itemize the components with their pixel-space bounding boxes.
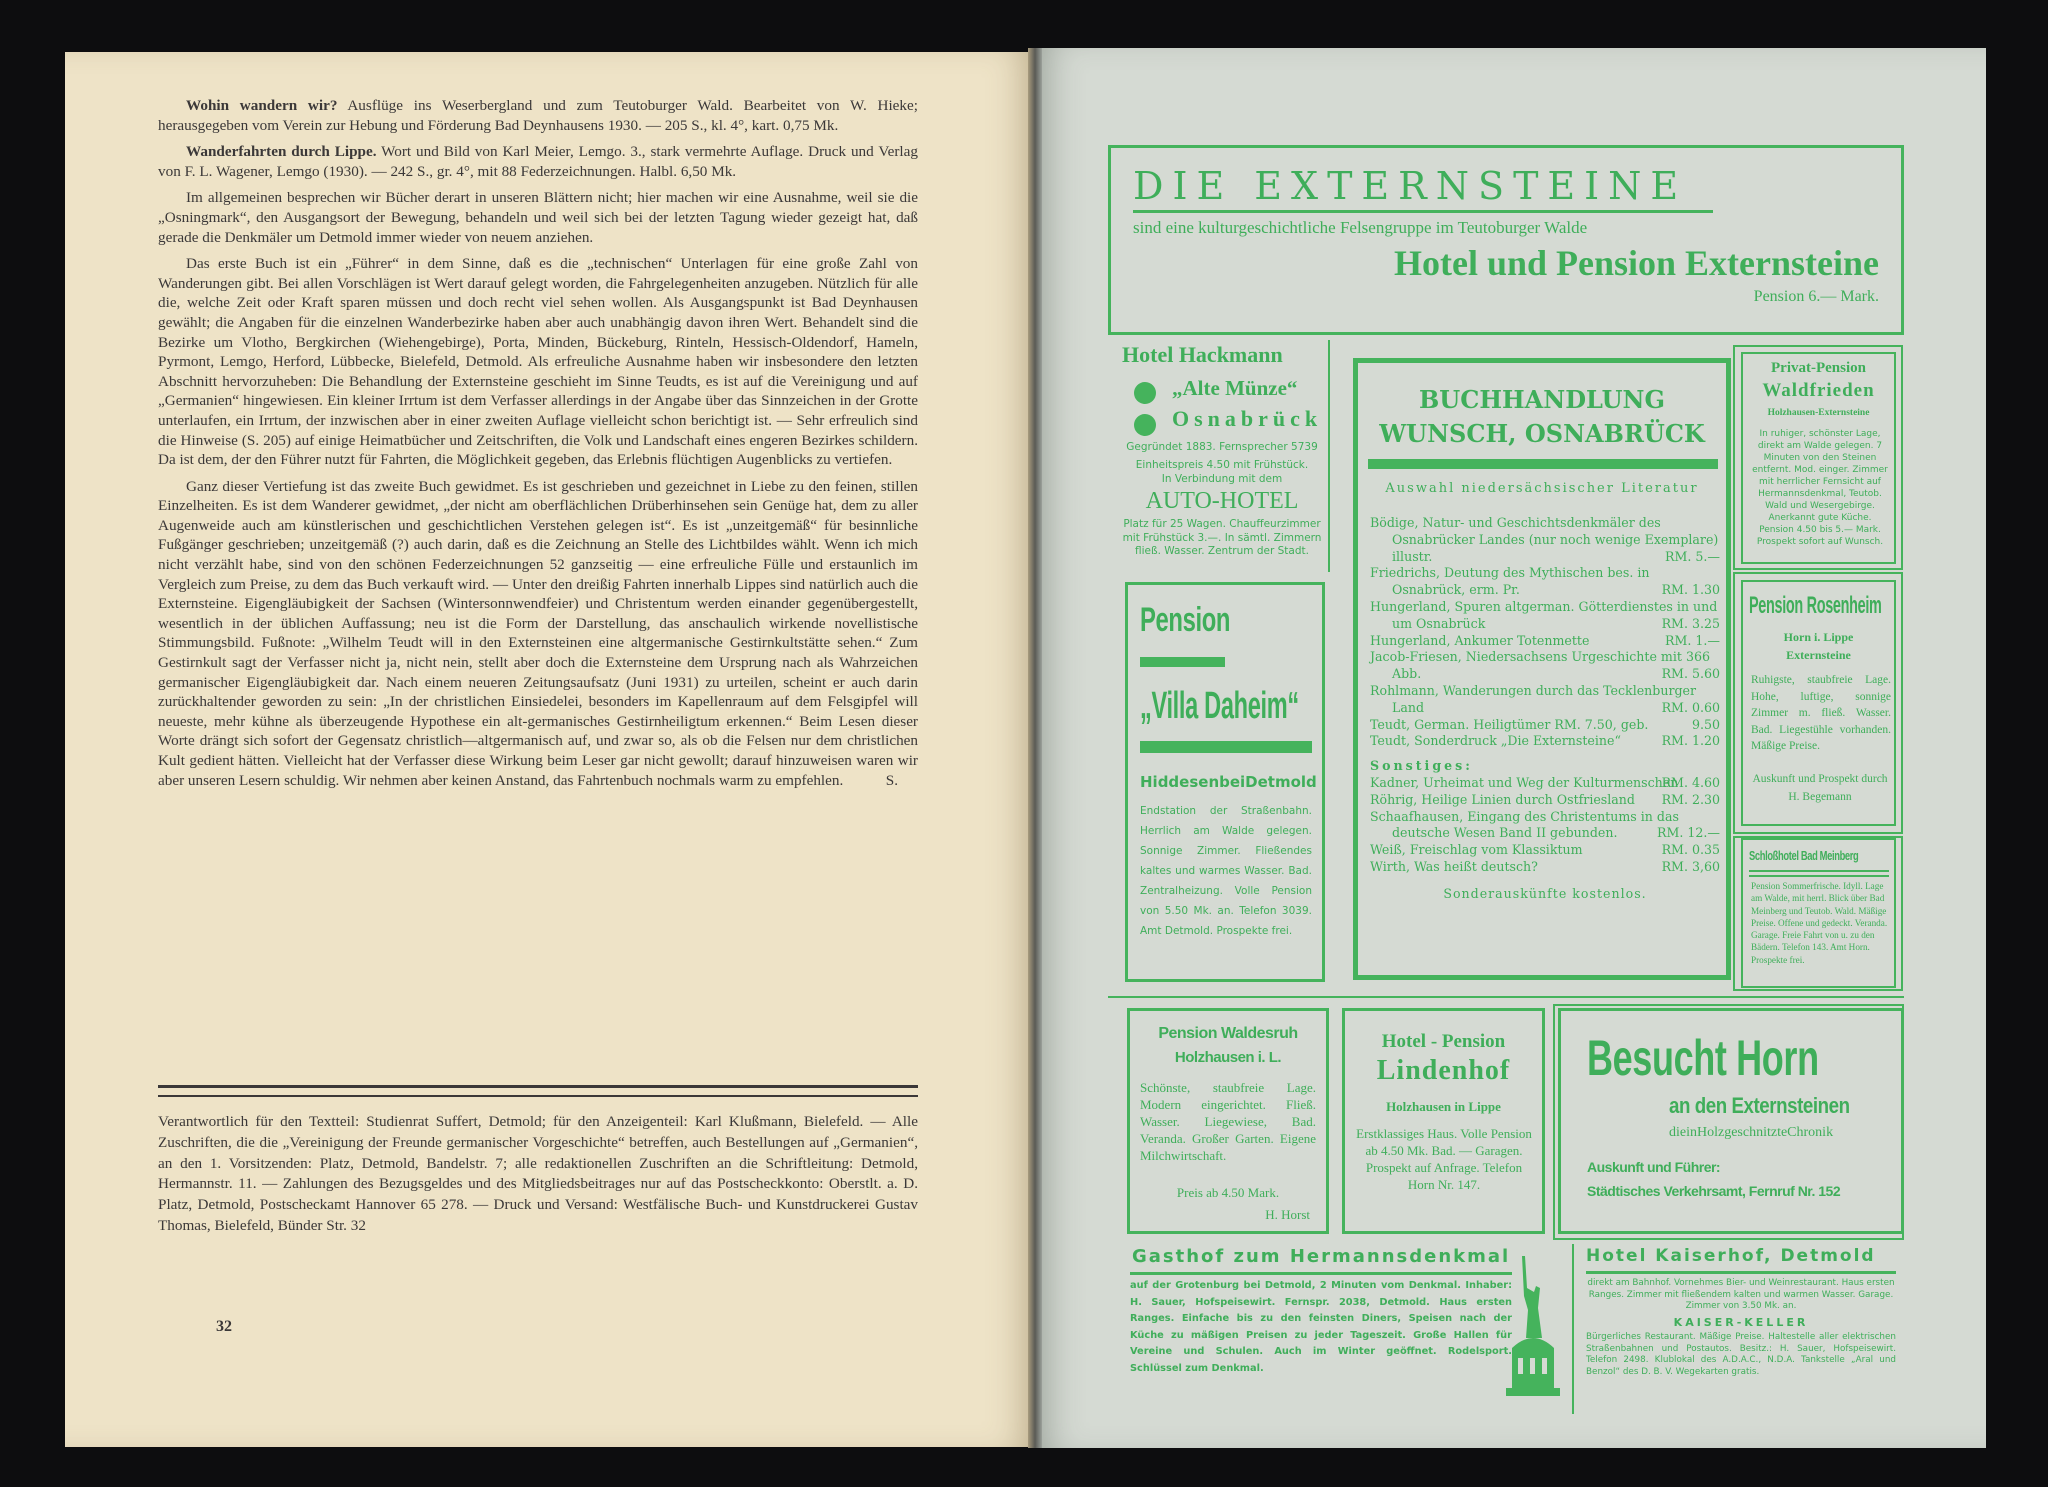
hackmann-sub1: „Alte Münze“ xyxy=(1172,376,1297,401)
kaiserhof-keller: KAISER-KELLER xyxy=(1586,1316,1896,1329)
ad-besucht-horn: Besucht Horn an den Externsteinen dieinH… xyxy=(1558,1008,1904,1234)
ad-externsteine: DIE EXTERNSTEINE sind eine kulturgeschic… xyxy=(1108,145,1904,335)
green-dot-icon xyxy=(1134,382,1156,404)
imprint-text: Verantwortlich für den Textteil: Studien… xyxy=(158,1112,918,1237)
hermann-statue-icon xyxy=(1504,1248,1562,1398)
review-paragraph: Ganz dieser Vertiefung ist das zweite Bu… xyxy=(158,477,918,791)
book-item: Weiß, Freischlag vom Klassiktum RM. 0.35 xyxy=(1370,842,1720,859)
waldesruh-place: Holzhausen i. L. xyxy=(1130,1049,1326,1066)
buchhandlung-title-2: WUNSCH, OSNABRÜCK xyxy=(1358,419,1726,448)
lindenhof-name: Lindenhof xyxy=(1345,1055,1542,1087)
hackmann-details: Platz für 25 Wagen. Chauffeurzimmer mit … xyxy=(1118,518,1326,559)
externsteine-subtitle: sind eine kulturgeschichtliche Felsengru… xyxy=(1133,218,1587,238)
waldesruh-owner: H. Horst xyxy=(1265,1207,1310,1223)
entry-title: Wohin wandern wir? xyxy=(186,97,337,114)
meinberg-double-rule xyxy=(1749,870,1889,877)
book-gutter xyxy=(1028,48,1042,1448)
entry-title: Wanderfahrten durch Lippe. xyxy=(186,143,377,160)
waldfrieden-place: Holzhausen-Externsteine xyxy=(1743,408,1894,418)
hackmann-sub2: Osnabrück xyxy=(1172,406,1322,432)
horn-info-1: Auskunft und Führer: xyxy=(1587,1159,1720,1175)
horn-sub: an den Externsteinen xyxy=(1669,1093,1850,1119)
review-entry-2: Wanderfahrten durch Lippe. Wort und Bild… xyxy=(158,142,918,181)
green-bar xyxy=(1140,741,1312,753)
waldesruh-name: Pension Waldesruh xyxy=(1130,1025,1326,1043)
lindenhof-text: Erstklassiges Haus. Volle Pension ab 4.5… xyxy=(1355,1125,1533,1193)
review-text: Wohin wandern wir? Ausflüge ins Weserber… xyxy=(158,96,918,797)
ad-buchhandlung-wunsch: BUCHHANDLUNG WUNSCH, OSNABRÜCK Auswahl n… xyxy=(1353,358,1731,980)
review-paragraph: Das erste Buch ist ein „Führer“ in dem S… xyxy=(158,254,918,470)
hackmann-price: Einheitspreis 4.50 mit Frühstück. xyxy=(1116,458,1328,473)
green-bar xyxy=(1140,657,1225,667)
meinberg-name: Schloßhotel Bad Meinberg xyxy=(1749,848,1858,863)
rosenheim-name: Pension Rosenheim xyxy=(1749,592,1882,620)
book-item: Wirth, Was heißt deutsch? RM. 3,60 xyxy=(1370,859,1720,876)
externsteine-hotel: Hotel und Pension Externsteine xyxy=(1394,242,1879,284)
waldfrieden-name: Waldfrieden xyxy=(1743,380,1894,402)
kaiserhof-text-2: Bürgerliches Restaurant. Mäßige Preise. … xyxy=(1586,1332,1896,1378)
ad-gasthof-hermannsdenkmal: Gasthof zum Hermannsdenkmal auf der Grot… xyxy=(1120,1244,1560,1414)
waldesruh-price: Preis ab 4.50 Mark. xyxy=(1130,1185,1326,1201)
double-rule-divider xyxy=(158,1085,918,1097)
ad-rosenheim: Pension Rosenheim Horn i. Lippe Externst… xyxy=(1741,580,1896,826)
ad-pension-waldesruh: Pension Waldesruh Holzhausen i. L. Schön… xyxy=(1127,1008,1329,1234)
book-item: Röhrig, Heilige Linien durch Ostfrieslan… xyxy=(1370,792,1720,809)
ad-schlosshotel-meinberg: Schloßhotel Bad Meinberg Pension Sommerf… xyxy=(1741,838,1896,988)
villa-pre: Pension xyxy=(1140,601,1230,640)
title-underline xyxy=(1133,210,1713,213)
ad-villa-daheim: Pension „Villa Daheim“ HiddesenbeiDetmol… xyxy=(1125,582,1325,982)
rosenheim-contact: Auskunft und Prospekt durch H. Begemann xyxy=(1747,770,1893,806)
hackmann-founded: Gegründet 1883. Fernsprecher 5739 xyxy=(1116,440,1328,455)
horn-chronik: dieinHolzgeschnitzteChronik xyxy=(1669,1125,1833,1141)
hackmann-connection: In Verbindung mit dem xyxy=(1116,472,1328,487)
book-item: Bödige, Natur- und Geschichtsdenkmäler d… xyxy=(1370,515,1720,565)
ad-hotel-kaiserhof: Hotel Kaiserhof, Detmold direkt am Bahnh… xyxy=(1572,1244,1904,1414)
hackmann-name: Hotel Hackmann xyxy=(1122,342,1283,368)
book-item: Teudt, German. Heiligtümer RM. 7.50, geb… xyxy=(1370,717,1720,734)
book-item: Schaafhausen, Eingang des Christentums i… xyxy=(1370,809,1720,843)
ad-hotel-hackmann: Hotel Hackmann „Alte Münze“ Osnabrück Ge… xyxy=(1108,340,1330,572)
waldesruh-text: Schönste, staubfreie Lage. Modern einger… xyxy=(1140,1079,1316,1164)
meinberg-text: Pension Sommerfrische. Idyll. Lage am Wa… xyxy=(1751,880,1891,966)
review-entry-1: Wohin wandern wir? Ausflüge ins Weserber… xyxy=(158,96,918,135)
book-item: Kadner, Urheimat und Weg der Kulturmensc… xyxy=(1370,775,1720,792)
kaiserhof-name: Hotel Kaiserhof, Detmold xyxy=(1586,1246,1876,1266)
buchhandlung-title-1: BUCHHANDLUNG xyxy=(1358,385,1726,414)
book-item: Hungerland, Ankumer Totenmette RM. 1.— xyxy=(1370,633,1720,650)
rosenheim-text: Ruhigste, staubfreie Lage. Hohe, luftige… xyxy=(1751,672,1891,755)
hackmann-auto-hotel: AUTO-HOTEL xyxy=(1116,488,1328,515)
hermannsdenkmal-name: Gasthof zum Hermannsdenkmal xyxy=(1132,1246,1510,1267)
other-heading: Sonstiges: xyxy=(1370,758,1720,775)
book-item: Friedrichs, Deutung des Mythischen bes. … xyxy=(1370,565,1720,599)
lindenhof-pre: Hotel - Pension xyxy=(1345,1031,1542,1053)
rosenheim-place-1: Horn i. Lippe xyxy=(1743,630,1894,645)
rosenheim-place-2: Externsteine xyxy=(1743,648,1894,663)
ad-waldfrieden: Privat-Pension Waldfrieden Holzhausen-Ex… xyxy=(1741,352,1896,564)
green-dot-icon xyxy=(1134,414,1156,436)
villa-text: Endstation der Straßenbahn. Herrlich am … xyxy=(1140,801,1312,941)
waldfrieden-text: In ruhiger, schönster Lage, direkt am Wa… xyxy=(1751,428,1889,548)
kaiserhof-text-1: direkt am Bahnhof. Vornehmes Bier- und W… xyxy=(1586,1278,1896,1313)
hermannsdenkmal-rule xyxy=(1130,1272,1512,1275)
book-item: Jacob-Friesen, Niedersachsens Urgeschich… xyxy=(1370,649,1720,683)
signature: S. xyxy=(858,771,898,791)
book-item: Rohlmann, Wanderungen durch das Tecklenb… xyxy=(1370,683,1720,717)
externsteine-price: Pension 6.— Mark. xyxy=(1754,288,1879,306)
waldfrieden-pre: Privat-Pension xyxy=(1743,360,1894,377)
book-item: Hungerland, Spuren altgerman. Götterdien… xyxy=(1370,599,1720,633)
horn-title: Besucht Horn xyxy=(1587,1029,1819,1087)
externsteine-title: DIE EXTERNSTEINE xyxy=(1133,164,1687,208)
book-item: Teudt, Sonderdruck „Die Externsteine“ RM… xyxy=(1370,733,1720,750)
lindenhof-place: Holzhausen in Lippe xyxy=(1345,1099,1542,1115)
hermannsdenkmal-text: auf der Grotenburg bei Detmold, 2 Minute… xyxy=(1130,1278,1512,1377)
buchhandlung-footer: Sonderauskünfte kostenlos. xyxy=(1370,886,1720,903)
review-paragraph: Im allgemeinen besprechen wir Bücher der… xyxy=(158,188,918,247)
page-number: 32 xyxy=(216,1318,232,1336)
ad-row-divider xyxy=(1108,996,1904,998)
villa-name: „Villa Daheim“ xyxy=(1140,685,1299,728)
book-list: Bödige, Natur- und Geschichtsdenkmäler d… xyxy=(1370,515,1720,903)
ad-lindenhof: Hotel - Pension Lindenhof Holzhausen in … xyxy=(1342,1008,1545,1234)
green-bar xyxy=(1368,459,1718,469)
kaiserhof-rule xyxy=(1586,1271,1896,1274)
villa-place: HiddesenbeiDetmold xyxy=(1140,773,1317,791)
horn-info-2: Städtisches Verkehrsamt, Fernruf Nr. 152 xyxy=(1587,1183,1840,1199)
buchhandlung-section: Auswahl niedersächsischer Literatur xyxy=(1358,481,1726,496)
